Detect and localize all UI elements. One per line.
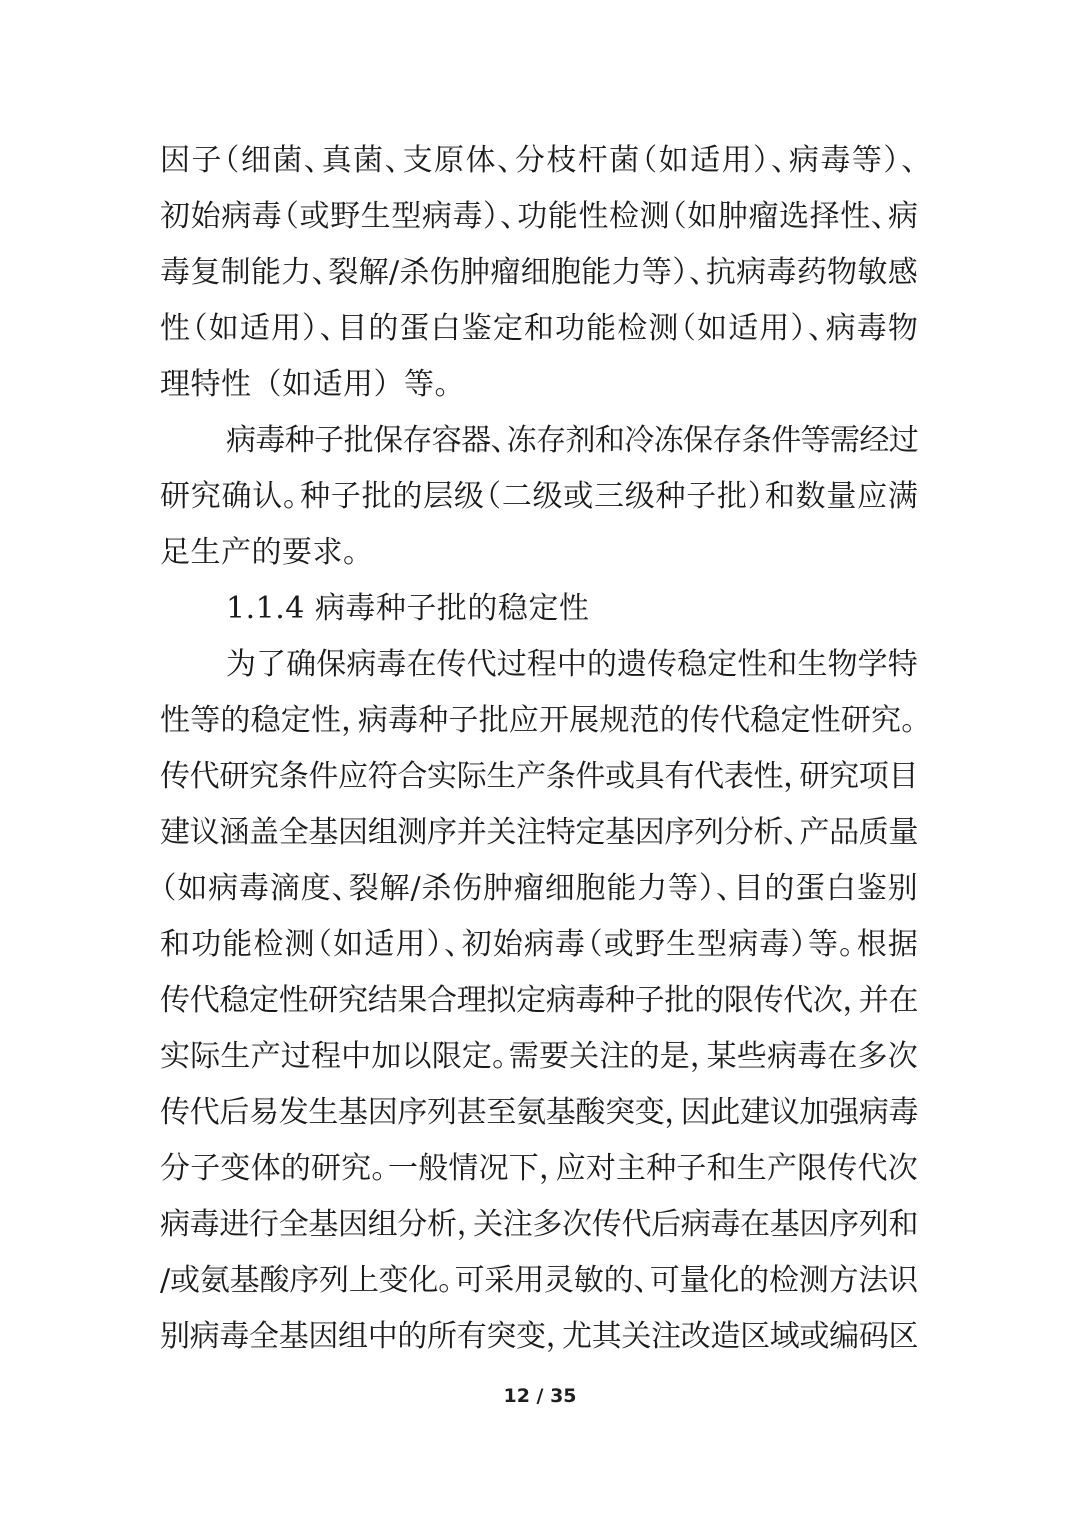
document-body: 因子（细菌、真菌、支原体、分枝杆菌（如适用）、病毒等）、初始病毒（或野生型病毒）… [160, 133, 918, 1365]
text-line: 为了确保病毒在传代过程中的遗传稳定性和生物学特 [160, 637, 918, 693]
section-heading: 1.1.4 病毒种子批的稳定性 [160, 581, 918, 637]
text-line: 因子（细菌、真菌、支原体、分枝杆菌（如适用）、病毒等）、 [160, 133, 918, 189]
text-line: 研究确认。种子批的层级（二级或三级种子批）和数量应满 [160, 469, 918, 525]
text-line: 初始病毒（或野生型病毒）、功能性检测（如肿瘤选择性、病 [160, 189, 918, 245]
text-line: 传代后易发生基因序列甚至氨基酸突变，因此建议加强病毒 [160, 1085, 918, 1141]
text-line: 足生产的要求。 [160, 525, 918, 581]
text-line: 建议涵盖全基因组测序并关注特定基因序列分析、产品质量 [160, 805, 918, 861]
text-line: 毒复制能力、裂解/杀伤肿瘤细胞能力等）、抗病毒药物敏感 [160, 245, 918, 301]
text-line: 理特性（如适用）等。 [160, 357, 918, 413]
text-line: 传代研究条件应符合实际生产条件或具有代表性，研究项目 [160, 749, 918, 805]
document-page: 因子（细菌、真菌、支原体、分枝杆菌（如适用）、病毒等）、初始病毒（或野生型病毒）… [0, 0, 1080, 1527]
text-line: 病毒进行全基因组分析，关注多次传代后病毒在基因序列和 [160, 1197, 918, 1253]
text-line: 性等的稳定性，病毒种子批应开展规范的传代稳定性研究。 [160, 693, 918, 749]
text-line: 病毒种子批保存容器、冻存剂和冷冻保存条件等需经过 [160, 413, 918, 469]
page-number: 12 / 35 [0, 1384, 1080, 1408]
text-line: /或氨基酸序列上变化。可采用灵敏的、可量化的检测方法识 [160, 1253, 918, 1309]
text-line: 和功能检测（如适用）、初始病毒（或野生型病毒）等。根据 [160, 917, 918, 973]
text-line: 传代稳定性研究结果合理拟定病毒种子批的限传代次，并在 [160, 973, 918, 1029]
text-line: 分子变体的研究。一般情况下，应对主种子和生产限传代次 [160, 1141, 918, 1197]
text-line: （如病毒滴度、裂解/杀伤肿瘤细胞能力等）、目的蛋白鉴别 [160, 861, 918, 917]
text-line: 实际生产过程中加以限定。需要关注的是，某些病毒在多次 [160, 1029, 918, 1085]
text-line: 性（如适用）、目的蛋白鉴定和功能检测（如适用）、病毒物 [160, 301, 918, 357]
text-line: 别病毒全基因组中的所有突变，尤其关注改造区域或编码区 [160, 1309, 918, 1365]
